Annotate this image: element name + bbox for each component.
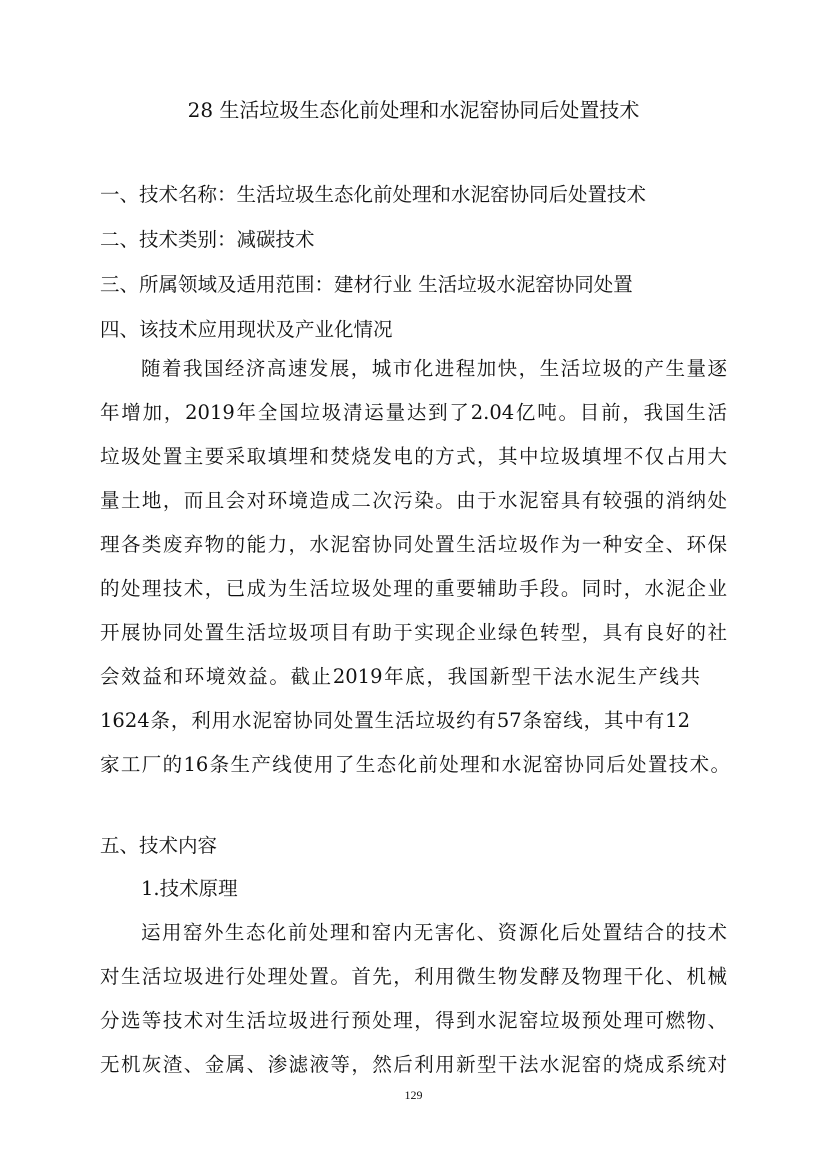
paragraph-line: 理各类废弃物的能力，水泥窑协同处置生活垃圾作为一种安全、环保 bbox=[100, 532, 727, 558]
paragraph-line: 年增加，2019年全国垃圾清运量达到了2.04亿吨。目前，我国生活 bbox=[100, 400, 727, 426]
paragraph-line: 家工厂的16条生产线使用了生态化前处理和水泥窑协同后处置技术。 bbox=[100, 752, 730, 778]
section-4-heading: 四、该技术应用现状及产业化情况 bbox=[100, 317, 393, 343]
subsection-heading: 1.技术原理 bbox=[141, 876, 238, 902]
paragraph-line: 量土地，而且会对环境造成二次污染。由于水泥窑具有较强的消纳处 bbox=[100, 488, 727, 514]
paragraph-line: 1624条，利用水泥窑协同处置生活垃圾约有57条窑线，其中有12 bbox=[100, 708, 690, 734]
paragraph-line: 会效益和环境效益。截止2019年底，我国新型干法水泥生产线共 bbox=[100, 664, 700, 690]
section-3-field-scope: 三、所属领域及适用范围：建材行业 生活垃圾水泥窑协同处置 bbox=[100, 272, 633, 298]
paragraph-line: 随着我国经济高速发展，城市化进程加快，生活垃圾的产生量逐 bbox=[141, 356, 727, 382]
paragraph-line: 无机灰渣、金属、渗滤液等，然后利用新型干法水泥窑的烧成系统对 bbox=[100, 1052, 727, 1078]
paragraph-line: 分选等技术对生活垃圾进行预处理，得到水泥窑垃圾预处理可燃物、 bbox=[100, 1008, 727, 1034]
page-title: 28 生活垃圾生态化前处理和水泥窑协同后处置技术 bbox=[0, 96, 827, 124]
paragraph-line: 垃圾处置主要采取填埋和焚烧发电的方式，其中垃圾填埋不仅占用大 bbox=[100, 444, 727, 470]
paragraph-line: 运用窑外生态化前处理和窑内无害化、资源化后处置结合的技术 bbox=[141, 920, 727, 946]
paragraph-line: 的处理技术，已成为生活垃圾处理的重要辅助手段。同时，水泥企业 bbox=[100, 576, 727, 602]
paragraph-line: 对生活垃圾进行处理处置。首先，利用微生物发酵及物理干化、机械 bbox=[100, 964, 727, 990]
document-page: 28 生活垃圾生态化前处理和水泥窑协同后处置技术 一、技术名称：生活垃圾生态化前… bbox=[0, 0, 827, 1169]
section-1-technology-name: 一、技术名称：生活垃圾生态化前处理和水泥窑协同后处置技术 bbox=[100, 182, 646, 208]
section-2-technology-category: 二、技术类别：减碳技术 bbox=[100, 227, 315, 253]
paragraph-line: 开展协同处置生活垃圾项目有助于实现企业绿色转型，具有良好的社 bbox=[100, 620, 727, 646]
page-number: 129 bbox=[0, 1088, 827, 1103]
section-5-heading: 五、技术内容 bbox=[100, 833, 217, 859]
